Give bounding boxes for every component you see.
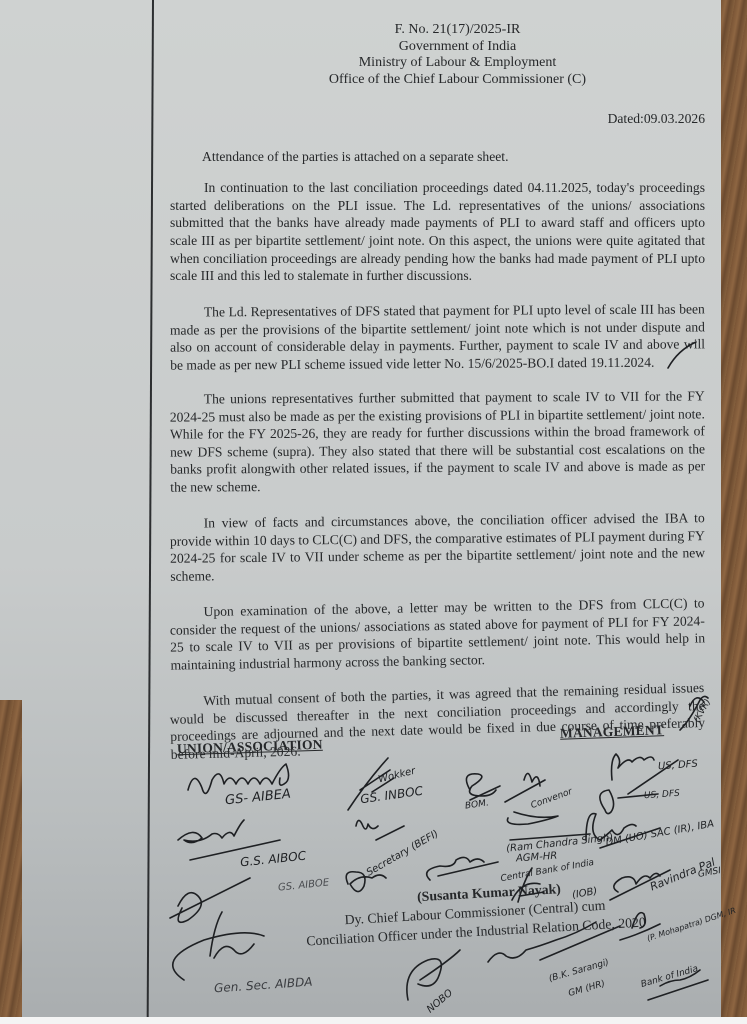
desk-surface-right <box>721 0 747 1024</box>
paragraph-1: In continuation to the last conciliation… <box>170 179 705 285</box>
bottom-edge <box>0 1017 747 1024</box>
government-line: Government of India <box>210 39 705 56</box>
paragraph-5: Upon examination of the above, a letter … <box>169 594 705 674</box>
paragraph-3: The unions representatives further submi… <box>170 387 706 496</box>
document-body: F. No. 21(17)/2025-IR Government of Indi… <box>170 22 705 757</box>
ministry-line: Ministry of Labour & Employment <box>210 55 705 72</box>
document-date: Dated:09.03.2026 <box>170 110 705 128</box>
document-header: F. No. 21(17)/2025-IR Government of Indi… <box>210 22 705 88</box>
paragraph-2: The Ld. Representatives of DFS stated th… <box>170 300 705 374</box>
office-line: Office of the Chief Labour Commissioner … <box>210 72 705 89</box>
file-number: F. No. 21(17)/2025-IR <box>210 22 705 39</box>
paragraph-4: In view of facts and circumstances above… <box>170 509 706 585</box>
desk-surface-left <box>0 700 22 1024</box>
attendance-note: Attendance of the parties is attached on… <box>202 148 705 166</box>
